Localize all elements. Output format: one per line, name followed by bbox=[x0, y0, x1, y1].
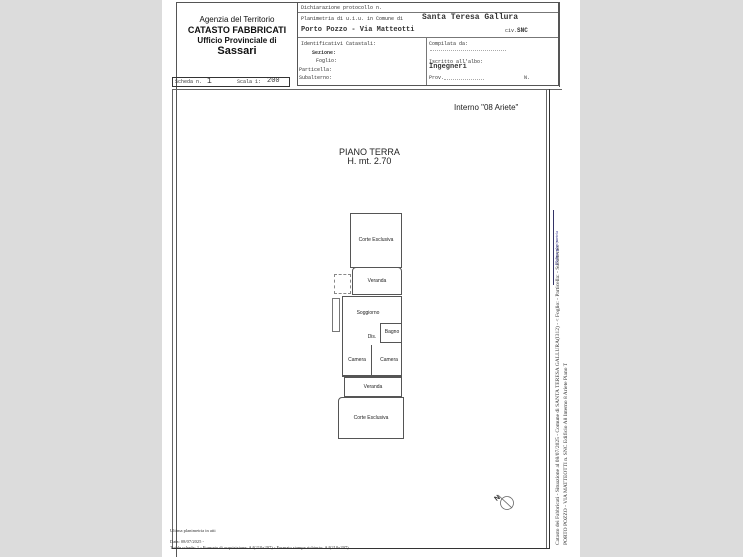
prov-label: Prov. bbox=[429, 75, 444, 81]
agency-name: Agenzia del Territorio bbox=[178, 15, 296, 24]
room-label-soggiorno: Soggiorno bbox=[357, 310, 380, 316]
particella-label: Particella: bbox=[299, 67, 332, 73]
catasto-title: CATASTO FABBRICATI bbox=[178, 25, 296, 35]
room-label-camera-right: Camera bbox=[380, 357, 398, 363]
identificativi-label: Identificativi Catastali: bbox=[301, 41, 376, 47]
side-text-line2: PORTO POZZO - VIA MATTEOTTI n. SNC Edifi… bbox=[563, 363, 569, 545]
sezione-label: Sezione: bbox=[312, 50, 336, 56]
scheda-value: 1 bbox=[207, 77, 212, 86]
room-label-camera-left: Camera bbox=[348, 357, 366, 363]
footer-totals: Totale schede: 1 - Formato di acquisizio… bbox=[170, 545, 349, 551]
frame-right-outer bbox=[549, 89, 550, 549]
north-arrow: N bbox=[493, 491, 515, 511]
room-label-veranda-bottom: Veranda bbox=[364, 384, 383, 390]
comune-name: Santa Teresa Gallura bbox=[422, 13, 518, 22]
divider bbox=[426, 37, 427, 85]
dichiarazione-label: Dichiarazione protocollo n. bbox=[301, 5, 382, 11]
floor-height: H. mt. 2.70 bbox=[339, 157, 400, 166]
floor-title: PIANO TERRA H. mt. 2.70 bbox=[339, 148, 400, 166]
footer-note: Ultima planimetria in atti bbox=[170, 528, 349, 534]
ufficio-label: Ufficio Provinciale di bbox=[178, 36, 296, 45]
frame-left bbox=[172, 89, 173, 549]
address: Porto Pozzo - Via Matteotti bbox=[301, 26, 414, 34]
scala-label: Scala 1: bbox=[237, 79, 261, 85]
subalterno-label: Subalterno: bbox=[299, 75, 332, 81]
sheet-right-border-top bbox=[559, 2, 560, 87]
scheda-scala-box: Scheda n. 1 Scala 1: 200 bbox=[172, 77, 290, 87]
room-label-veranda-top: Veranda bbox=[368, 278, 387, 284]
planimetria-label: Planimetria di u.i.u. in Comune di bbox=[301, 16, 403, 22]
compilata-blurred bbox=[430, 50, 506, 53]
agency-block: Agenzia del Territorio CATASTO FABBRICAT… bbox=[178, 15, 296, 57]
civico-label: civ. bbox=[505, 28, 517, 34]
ramp-left bbox=[332, 298, 340, 332]
city-name: Sassari bbox=[178, 45, 296, 57]
cadastral-sheet: Agenzia del Territorio CATASTO FABBRICAT… bbox=[162, 0, 580, 557]
floor-plan: Corte Esclusiva Veranda Soggiorno Bagno … bbox=[322, 210, 412, 442]
scheda-label: Scheda n. bbox=[175, 79, 202, 85]
divider bbox=[298, 37, 558, 38]
prov-blurred bbox=[444, 79, 484, 81]
room-label-disimpegno: Dis. bbox=[368, 334, 377, 340]
civico-value: SNC bbox=[517, 27, 528, 34]
room-label-corte-bottom: Corte Esclusiva bbox=[354, 415, 389, 421]
albo-value: Ingegneri bbox=[429, 63, 467, 71]
frame-right-inner bbox=[546, 89, 547, 549]
n-label: N. bbox=[524, 75, 530, 81]
room-label-corte-top: Corte Esclusiva bbox=[359, 237, 394, 243]
interno-label: Interno "08 Ariete" bbox=[454, 103, 518, 112]
room-label-bagno: Bagno bbox=[385, 329, 399, 335]
compilata-label: Compilata da: bbox=[429, 41, 468, 47]
stamp-text: Ultima planimetria bbox=[554, 231, 559, 265]
declaration-block: Dichiarazione protocollo n. Planimetria … bbox=[297, 2, 559, 86]
foglio-label: Foglio: bbox=[316, 58, 337, 64]
stair-area bbox=[334, 274, 351, 294]
side-text-line1: Catasto dei Fabbricati - Situazione al 0… bbox=[555, 240, 561, 545]
scala-value: 200 bbox=[267, 77, 280, 85]
compass-icon: N bbox=[493, 491, 515, 511]
footer: Ultima planimetria in atti Data: 08/07/2… bbox=[170, 528, 349, 551]
frame-top bbox=[172, 89, 562, 90]
